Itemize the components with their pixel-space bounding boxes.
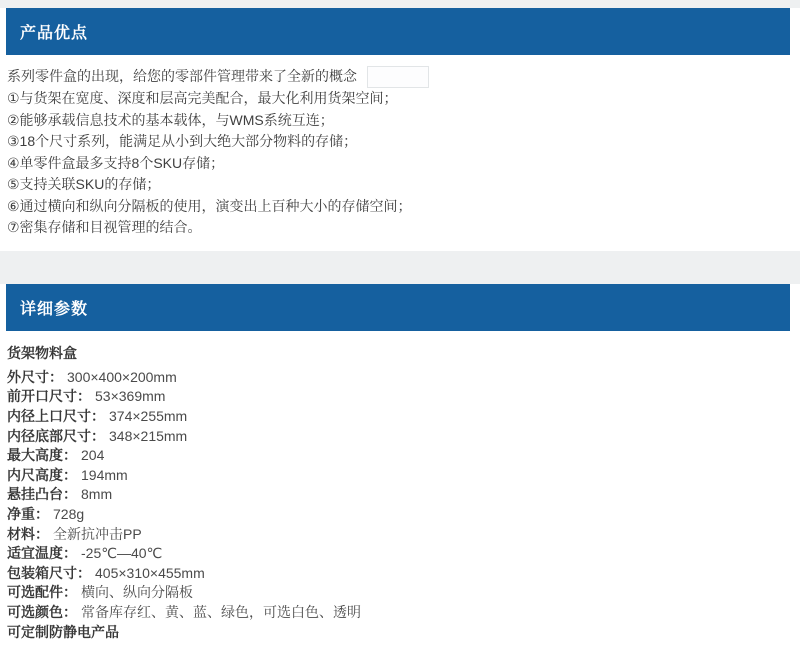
specs-title: 详细参数: [20, 296, 88, 319]
spec-row-carton-size: 包装箱尺寸：405×310×455mm: [7, 564, 788, 584]
spec-row-inner-top-size: 内径上口尺寸：374×255mm: [7, 407, 788, 427]
advantages-intro-line: 系列零件盒的出现，给您的零部件管理带来了全新的概念: [7, 66, 788, 88]
spec-label: 可选配件：: [7, 584, 77, 600]
spec-label: 悬挂凸台：: [7, 486, 77, 502]
spec-value: 300×400×200mm: [67, 369, 177, 385]
specs-header-bar: 详细参数: [6, 284, 790, 331]
spec-value: 横向、纵向分隔板: [81, 584, 193, 600]
spec-row-outer-size: 外尺寸：300×400×200mm: [7, 368, 788, 388]
spec-label: 外尺寸：: [7, 369, 63, 385]
spec-label: 内尺高度：: [7, 467, 77, 483]
spec-row-net-weight: 净重：728g: [7, 505, 788, 525]
spec-value: 常备库存红、黄、蓝、绿色，可选白色、透明: [81, 604, 361, 620]
advantage-item-7: ⑦密集存储和目视管理的结合。: [7, 217, 788, 239]
spec-label: 材料：: [7, 526, 49, 542]
advantage-item-2: ②能够承载信息技术的基本载体，与WMS系统互连；: [7, 110, 788, 132]
advantage-item-6: ⑥通过横向和纵向分隔板的使用，演变出上百种大小的存储空间；: [7, 196, 788, 218]
spec-value: 348×215mm: [109, 428, 187, 444]
spec-row-material: 材料：全新抗冲击PP: [7, 525, 788, 545]
advantages-header-bar: 产品优点: [6, 8, 790, 55]
spec-value: 374×255mm: [109, 408, 187, 424]
spec-value: 53×369mm: [95, 388, 165, 404]
spec-row-accessories: 可选配件：横向、纵向分隔板: [7, 583, 788, 603]
spec-label: 适宜温度：: [7, 545, 77, 561]
advantages-title: 产品优点: [20, 20, 88, 43]
spec-footnote: 可定制防静电产品: [7, 623, 788, 643]
spec-value: 204: [81, 447, 104, 463]
section-gap: [0, 251, 800, 284]
spec-label: 可选颜色：: [7, 604, 77, 620]
spec-row-colors: 可选颜色：常备库存红、黄、蓝、绿色，可选白色、透明: [7, 603, 788, 623]
spec-label: 前开口尺寸：: [7, 388, 91, 404]
spec-row-inner-height: 内尺高度：194mm: [7, 466, 788, 486]
specs-body: 货架物料盒 外尺寸：300×400×200mm 前开口尺寸：53×369mm 内…: [0, 331, 800, 642]
spec-label: 内径上口尺寸：: [7, 408, 105, 424]
spec-value: 728g: [53, 506, 84, 522]
spec-value: -25℃—40℃: [81, 545, 162, 561]
advantages-body: 系列零件盒的出现，给您的零部件管理带来了全新的概念 ①与货架在宽度、深度和层高完…: [0, 55, 800, 239]
spec-value: 8mm: [81, 486, 112, 502]
advantage-item-3: ③18个尺寸系列，能满足从小到大绝大部分物料的存储；: [7, 131, 788, 153]
advantage-item-1: ①与货架在宽度、深度和层高完美配合，最大化利用货架空间；: [7, 88, 788, 110]
spec-label: 内径底部尺寸：: [7, 428, 105, 444]
spec-row-max-height: 最大高度：204: [7, 446, 788, 466]
spec-label: 净重：: [7, 506, 49, 522]
advantage-item-5: ⑤支持关联SKU的存储；: [7, 174, 788, 196]
spec-row-front-opening: 前开口尺寸：53×369mm: [7, 387, 788, 407]
spec-value: 194mm: [81, 467, 128, 483]
product-name: 货架物料盒: [7, 343, 788, 363]
spec-row-inner-bottom-size: 内径底部尺寸：348×215mm: [7, 427, 788, 447]
spec-value: 全新抗冲击PP: [53, 526, 142, 542]
section-specs: 详细参数 货架物料盒 外尺寸：300×400×200mm 前开口尺寸：53×36…: [0, 284, 800, 647]
advantage-item-4: ④单零件盒最多支持8个SKU存储；: [7, 153, 788, 175]
advantages-intro-text: 系列零件盒的出现，给您的零部件管理带来了全新的概念: [7, 68, 357, 84]
section-advantages: 产品优点 系列零件盒的出现，给您的零部件管理带来了全新的概念 ①与货架在宽度、深…: [0, 8, 800, 251]
product-detail-page: 产品优点 系列零件盒的出现，给您的零部件管理带来了全新的概念 ①与货架在宽度、深…: [0, 0, 800, 647]
spec-label: 包装箱尺寸：: [7, 565, 91, 581]
spec-row-hanging-ledge: 悬挂凸台：8mm: [7, 485, 788, 505]
spec-row-temperature: 适宜温度：-25℃—40℃: [7, 544, 788, 564]
spec-value: 405×310×455mm: [95, 565, 205, 581]
spec-label: 最大高度：: [7, 447, 77, 463]
empty-placeholder-box: [367, 66, 429, 88]
